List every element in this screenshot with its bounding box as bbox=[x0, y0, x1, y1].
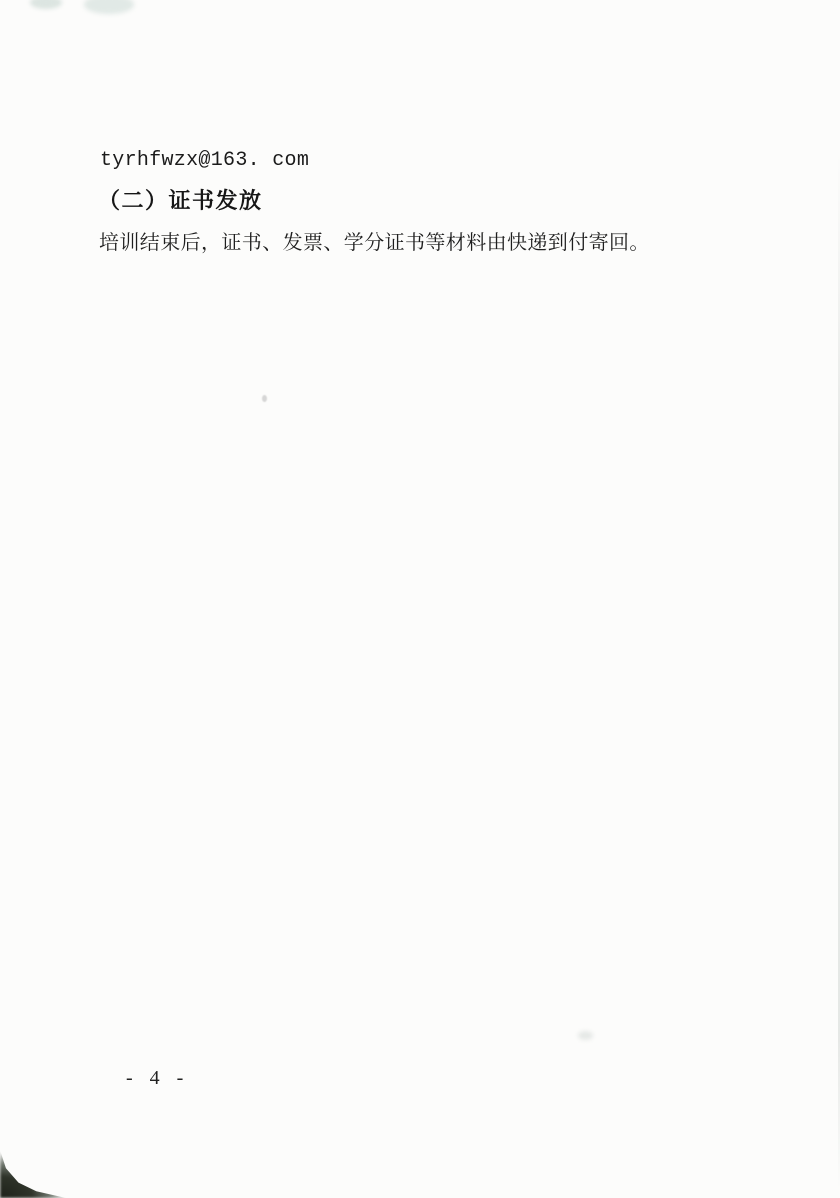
scan-smudge-lower-right bbox=[578, 1031, 593, 1040]
scanned-document-page: tyrhfwzx@163. com （二）证书发放 培训结束后，证书、发票、学分… bbox=[0, 0, 840, 1198]
body-paragraph: 培训结束后，证书、发票、学分证书等材料由快递到付寄回。 bbox=[99, 229, 650, 258]
scan-smudge-top-left-1 bbox=[30, 0, 62, 9]
section-heading: （二）证书发放 bbox=[98, 186, 263, 216]
page-number: - 4 - bbox=[126, 1066, 189, 1090]
scan-smudge-top-left-2 bbox=[84, 0, 134, 14]
scan-corner-shadow-bottom-left bbox=[0, 1150, 66, 1198]
scan-speck-middle bbox=[262, 395, 267, 402]
email-address: tyrhfwzx@163. com bbox=[100, 148, 309, 174]
